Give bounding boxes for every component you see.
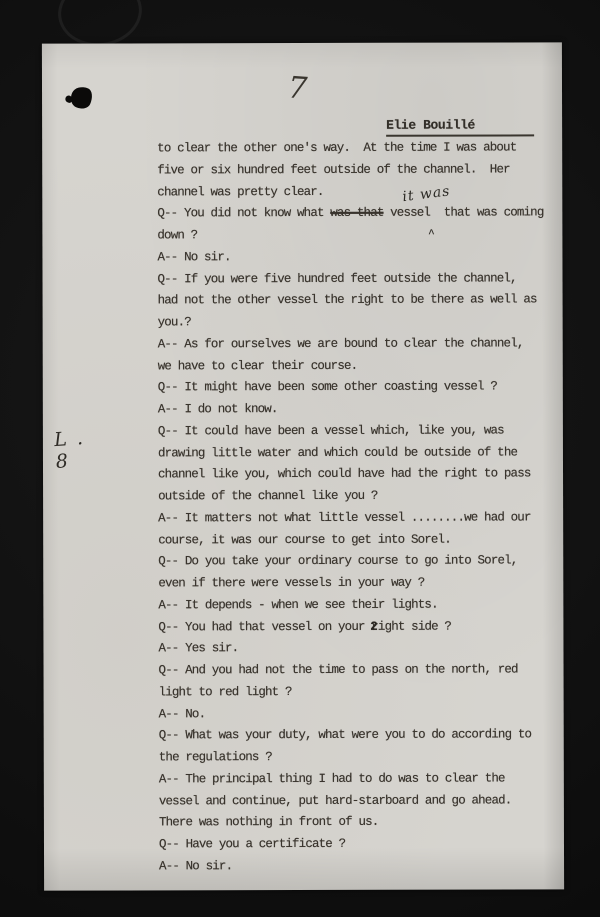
transcript-line: five or six hundred feet outside of the … [157,159,562,182]
transcript-line: outside of the channel like you ? [158,485,563,508]
scanned-page: 7 Elie Bouillé L. 8 to clear the other o… [42,42,564,890]
transcript-line: A-- It matters not what little vessel ..… [158,507,563,530]
transcript-line: A-- Yes sir. [158,638,563,661]
transcript-line: course, it was our course to get into So… [158,529,563,552]
transcript-line: drawing little water and which could be … [158,442,563,465]
transcript-line: Q-- What was your duty, what were you to… [159,725,564,748]
struck-out-text: was that [330,206,383,220]
ink-blot [67,83,95,112]
handwritten-margin-note: L. 8 [53,424,126,473]
handwritten-page-number: 7 [287,70,308,106]
transcript-line: vessel and continue, put hard-starboard … [159,790,564,813]
transcript-line: we have to clear their course. [158,355,563,378]
caret-mark: ^ [428,225,435,247]
transcript-line: Q-- Do you take your ordinary course to … [158,551,563,574]
transcript-line: Q-- It might have been some other coasti… [158,377,563,400]
transcript-line: even if there were vessels in your way ? [158,572,563,595]
transcript-line: channel like you, which could have had t… [158,464,563,487]
transcript-line: Q-- Have you a certificate ? [159,833,564,856]
transcript-line: Q-- You did not know what was that vesse… [157,203,562,226]
transcript-line: channel was pretty clear. [157,181,562,204]
transcript-line: you.? [158,311,563,334]
transcript-line: light to red light ? [159,681,564,704]
transcript-line: A-- It depends - when we see their light… [158,594,563,617]
transcript-line: Q-- You had that vessel on your r2ight s… [158,616,563,639]
scanner-background: { "page": { "page_number": "7", "witness… [0,0,600,917]
transcript-line: down ? [157,224,562,247]
transcript-line: to clear the other one's way. At the tim… [157,137,562,160]
transcript-line: A-- I do not know. [158,398,563,421]
transcript-line: the regulations ? [159,746,564,769]
transcript-line: A-- The principal thing I had to do was … [159,768,564,791]
transcript-line: There was nothing in front of us. [159,812,564,835]
typed-transcript: to clear the other one's way. At the tim… [157,137,564,878]
transcript-line: A-- No sir. [157,246,562,269]
transcript-line: Q-- And you had not the time to pass on … [159,659,564,682]
transcript-line: Q-- It could have been a vessel which, l… [158,420,563,443]
overstruck-character: r2 [371,616,378,638]
transcript-line: A-- No. [159,703,564,726]
transcript-line: A-- No sir. [159,855,564,878]
transcript-line: Q-- If you were five hundred feet outsid… [157,268,562,291]
witness-name-header: Elie Bouillé [386,117,534,136]
transcript-line: had not the other vessel the right to be… [158,290,563,313]
transcript-line: A-- As for ourselves we are bound to cle… [158,333,563,356]
